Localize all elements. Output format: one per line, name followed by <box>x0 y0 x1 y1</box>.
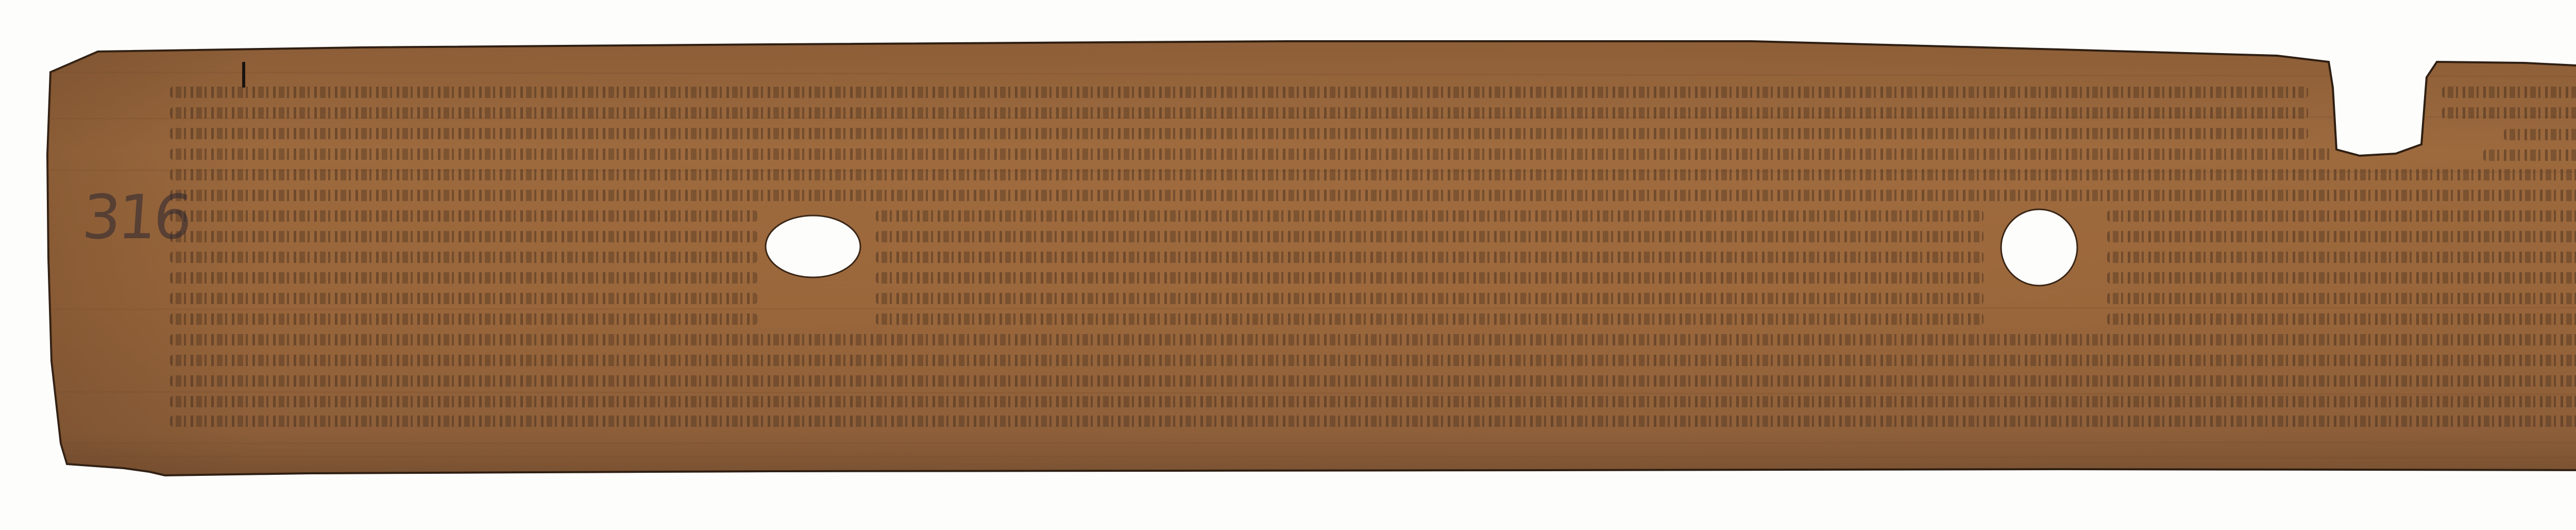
text-line <box>876 210 1984 222</box>
text-line <box>170 128 2308 139</box>
text-line <box>2107 210 2576 222</box>
palm-leaf <box>0 0 2576 530</box>
text-line <box>170 252 757 263</box>
text-line <box>876 313 1984 325</box>
text-line <box>170 87 2308 98</box>
text-line <box>170 148 2334 160</box>
text-line <box>170 313 757 325</box>
text-line <box>2107 272 2576 284</box>
text-line <box>170 416 2576 427</box>
text-line <box>170 334 2576 345</box>
text-line <box>170 169 2576 180</box>
text-line <box>876 252 1984 263</box>
text-line <box>2107 293 2576 304</box>
binding-hole-right <box>2001 209 2077 286</box>
text-line <box>2504 129 2576 140</box>
ink-mark <box>242 62 245 88</box>
handwritten-folio-number-left: 316 <box>80 181 192 253</box>
text-line <box>2107 313 2576 325</box>
text-line <box>2442 87 2576 98</box>
text-line <box>2483 150 2576 161</box>
text-line <box>170 210 757 222</box>
text-line <box>876 272 1984 284</box>
binding-hole-left <box>766 216 860 277</box>
text-line <box>170 396 2576 407</box>
text-line <box>170 190 2576 201</box>
text-line <box>170 355 2576 366</box>
text-line <box>876 293 1984 304</box>
text-line <box>2107 252 2576 263</box>
text-line <box>170 231 757 242</box>
text-line <box>876 231 1984 242</box>
text-line <box>170 107 2308 119</box>
text-line <box>2442 107 2576 119</box>
text-line <box>170 272 757 284</box>
text-line <box>170 375 2576 387</box>
text-line <box>2107 231 2576 242</box>
text-line <box>170 293 757 304</box>
